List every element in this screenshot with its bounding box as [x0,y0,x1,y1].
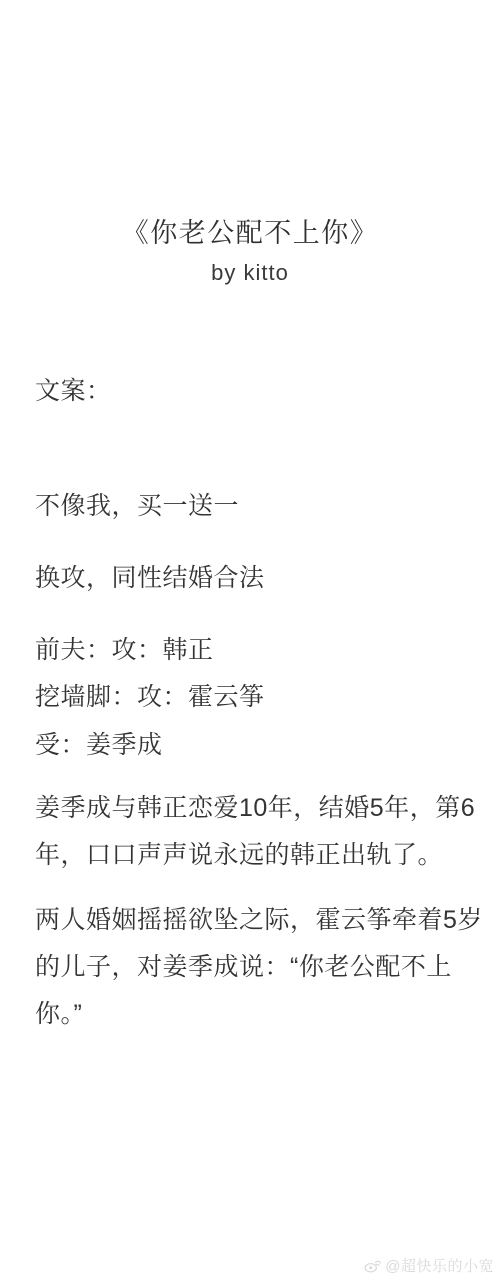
novel-promo-page: 《你老公配不上你》 by kitto 文案： 不像我，买一送一 换攻，同性结婚合… [0,0,500,1280]
role-line-protagonist: 受：姜季成 [35,733,163,758]
tagline-line: 不像我，买一送一 [35,494,239,519]
synopsis-paragraph-line: 你。” [35,1002,82,1027]
watermark-handle: @超快乐的小宽 [385,1255,494,1276]
synopsis-paragraph-line: 年，口口声声说永远的韩正出轨了。 [35,843,443,868]
tagline-line: 换攻，同性结婚合法 [35,566,265,591]
synopsis-paragraph-line: 两人婚姻摇摇欲坠之际，霍云筝牵着5岁 [35,908,483,933]
weibo-logo-icon [364,1258,382,1273]
synopsis-paragraph-line: 姜季成与韩正恋爱10年，结婚5年，第6 [35,796,475,821]
role-line-ex-husband: 前夫：攻：韩正 [35,638,214,663]
role-line-homewrecker: 挖墙脚：攻：霍云筝 [35,685,265,710]
weibo-watermark: @超快乐的小宽 [364,1255,494,1276]
section-label: 文案： [35,379,112,404]
page-title: 《你老公配不上你》 [0,211,500,250]
author-byline: by kitto [0,260,500,286]
synopsis-paragraph-line: 的儿子，对姜季成说：“你老公配不上 [35,955,452,980]
